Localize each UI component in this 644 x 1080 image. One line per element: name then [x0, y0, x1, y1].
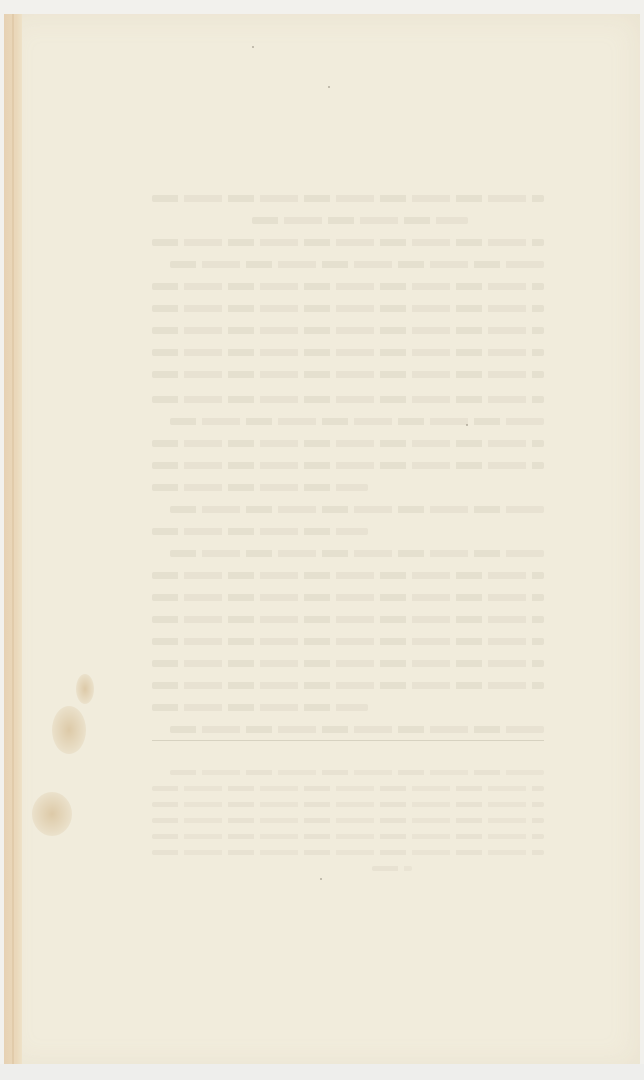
show-through-line [152, 638, 544, 645]
show-through-line [152, 484, 368, 491]
paper-speck [320, 878, 322, 880]
show-through-line [152, 802, 544, 807]
gutter-shadow-line [12, 14, 14, 1068]
show-through-line [152, 572, 544, 579]
show-through-line [152, 594, 544, 601]
show-through-line [152, 462, 544, 469]
show-through-line [152, 682, 544, 689]
show-through-line [170, 261, 544, 268]
show-through-line [152, 396, 544, 403]
paper-speck [252, 46, 254, 48]
show-through-line [152, 850, 544, 855]
show-through-footnote-rule [152, 740, 544, 741]
paper-stain [32, 792, 72, 836]
paper-speck [328, 86, 330, 88]
show-through-line [152, 616, 544, 623]
show-through-line [152, 834, 544, 839]
show-through-line [152, 528, 368, 535]
show-through-line [152, 440, 544, 447]
show-through-line [152, 660, 544, 667]
show-through-line [152, 195, 544, 202]
show-through-line [152, 818, 544, 823]
show-through-line [152, 704, 368, 711]
show-through-line [152, 327, 544, 334]
show-through-line [152, 305, 544, 312]
show-through-line [152, 349, 544, 356]
show-through-line [252, 217, 468, 224]
show-through-line [152, 371, 544, 378]
show-through-line [152, 239, 544, 246]
scan-bottom-edge [0, 1064, 644, 1080]
show-through-line [170, 506, 544, 513]
show-through-footnotes [152, 770, 544, 882]
show-through-paragraph-1 [152, 195, 544, 393]
show-through-paragraph-2 [152, 396, 544, 748]
show-through-line [372, 866, 412, 871]
paper-speck [466, 424, 468, 426]
show-through-line [152, 786, 544, 791]
show-through-line [170, 550, 544, 557]
show-through-line [170, 726, 544, 733]
paper-stain [76, 674, 94, 704]
show-through-line [170, 418, 544, 425]
paper-stain [52, 706, 86, 754]
show-through-line [170, 770, 544, 775]
show-through-line [152, 283, 544, 290]
